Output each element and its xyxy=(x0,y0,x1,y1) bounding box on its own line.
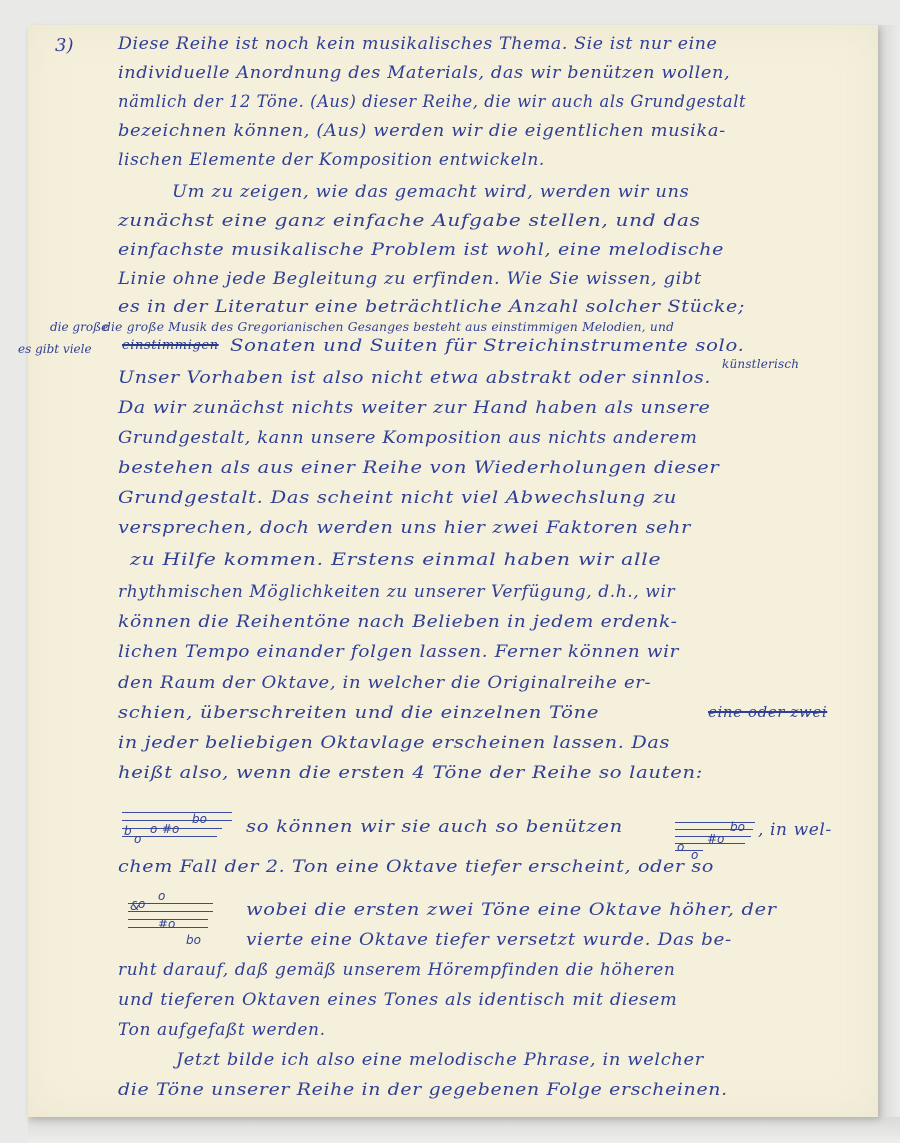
text-line-2: individuelle Anordnung des Materials, da… xyxy=(118,63,730,83)
text-line-29: wobei die ersten zwei Töne eine Oktave h… xyxy=(246,900,777,920)
text-line-8: einfachste musikalische Problem ist wohl… xyxy=(118,240,724,260)
text-line-33: Ton aufgefaßt werden. xyxy=(118,1020,326,1040)
text-line-3: nämlich der 12 Töne. (Aus) dieser Reihe,… xyxy=(118,92,746,112)
text-line-17: versprechen, doch werden uns hier zwei F… xyxy=(118,518,691,538)
page-number: 3) xyxy=(55,35,73,56)
text-line-12: Unser Vorhaben ist also nicht etwa abstr… xyxy=(118,368,711,388)
margin-note-lower: es gibt viele xyxy=(18,342,92,356)
text-line-6: Um zu zeigen, wie das gemacht wird, werd… xyxy=(172,182,689,202)
text-line-35: die Töne unserer Reihe in der gegebenen … xyxy=(118,1080,728,1100)
text-line-27: , in wel- xyxy=(758,820,832,840)
text-line-18: zu Hilfe kommen. Erstens einmal haben wi… xyxy=(130,550,661,570)
text-line-9: Linie ohne jede Begleitung zu erfinden. … xyxy=(118,269,702,289)
text-line-21: lichen Tempo einander folgen lassen. Fer… xyxy=(118,642,679,662)
text-line-22: den Raum der Oktave, in welcher die Orig… xyxy=(118,673,651,693)
text-line-34: Jetzt bilde ich also eine melodische Phr… xyxy=(176,1050,704,1070)
struck-word: einstimmigen xyxy=(122,338,219,353)
text-line-23: schien, überschreiten und die einzelnen … xyxy=(118,703,599,723)
text-line-11: Sonaten und Suiten für Streichinstrument… xyxy=(230,336,744,356)
text-line-32: und tieferen Oktaven eines Tones als ide… xyxy=(118,990,677,1010)
musical-example-1: b o o #o bo xyxy=(122,810,232,850)
text-line-20: können die Reihentöne nach Belieben in j… xyxy=(118,612,678,632)
page-shadow-right xyxy=(878,25,900,1117)
musical-example-3: & o o #o bo xyxy=(128,895,213,950)
margin-note-upper: die große xyxy=(50,320,108,334)
text-line-4: bezeichnen können, (Aus) werden wir die … xyxy=(118,121,726,141)
page-shadow-bottom xyxy=(28,1117,900,1143)
struck-text: eine oder zwei xyxy=(708,703,827,721)
text-line-15: bestehen als aus einer Reihe von Wiederh… xyxy=(118,458,719,478)
text-line-28: chem Fall der 2. Ton eine Oktave tiefer … xyxy=(118,857,714,877)
insertion-kuenstlerisch: künstlerisch xyxy=(722,357,799,371)
text-line-1: Diese Reihe ist noch kein musikalisches … xyxy=(118,34,717,54)
text-line-26: so können wir sie auch so benützen xyxy=(246,817,623,837)
text-line-19: rhythmischen Möglichkeiten zu unserer Ve… xyxy=(118,582,675,602)
text-line-7: zunächst eine ganz einfache Aufgabe stel… xyxy=(118,211,701,231)
text-line-24: in jeder beliebigen Oktavlage erscheinen… xyxy=(118,733,670,753)
text-line-31: ruht darauf, daß gemäß unserem Hörempfin… xyxy=(118,960,675,980)
text-line-10: es in der Literatur eine beträchtliche A… xyxy=(118,297,745,317)
text-line-25: heißt also, wenn die ersten 4 Töne der R… xyxy=(118,763,703,783)
text-line-30: vierte eine Oktave tiefer versetzt wurde… xyxy=(246,930,732,950)
musical-example-2: o o #o bo xyxy=(675,820,755,860)
text-line-13: Da wir zunächst nichts weiter zur Hand h… xyxy=(118,398,710,418)
text-line-14: Grundgestalt, kann unsere Komposition au… xyxy=(118,428,698,448)
text-line-16: Grundgestalt. Das scheint nicht viel Abw… xyxy=(118,488,677,508)
inserted-line: die große Musik des Gregorianischen Gesa… xyxy=(103,320,674,334)
text-line-5: lischen Elemente der Komposition entwick… xyxy=(118,150,545,170)
